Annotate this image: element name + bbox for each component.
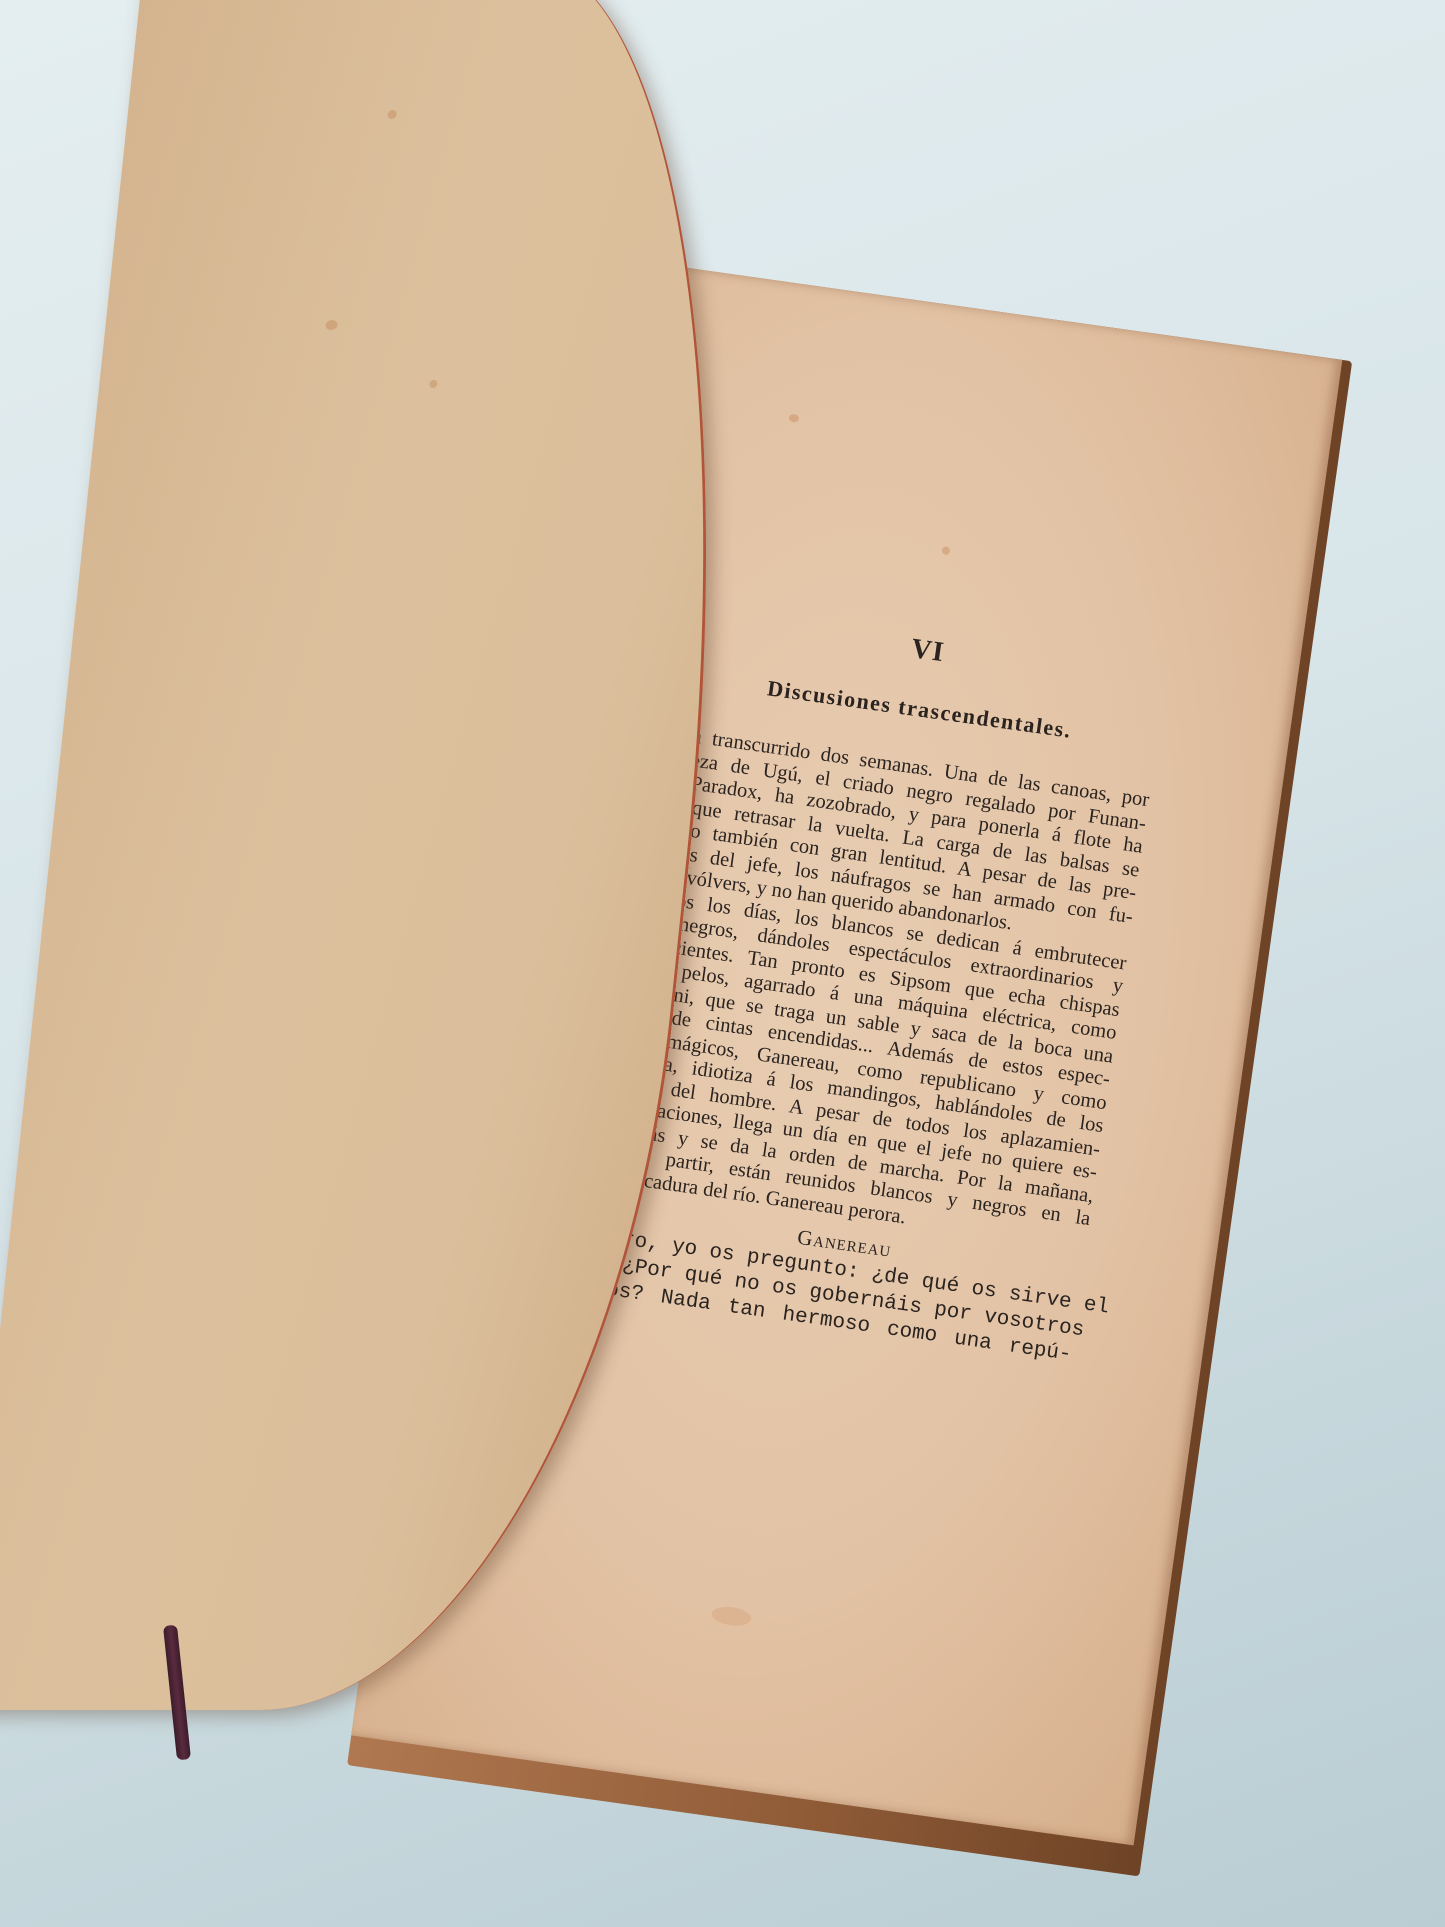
book-photo-scene: VI Discusiones trascendentales. Han tran… bbox=[0, 0, 1445, 1927]
foxing-spot bbox=[710, 1604, 752, 1627]
foxing-spot bbox=[788, 414, 799, 423]
foxing-spot bbox=[941, 546, 950, 555]
